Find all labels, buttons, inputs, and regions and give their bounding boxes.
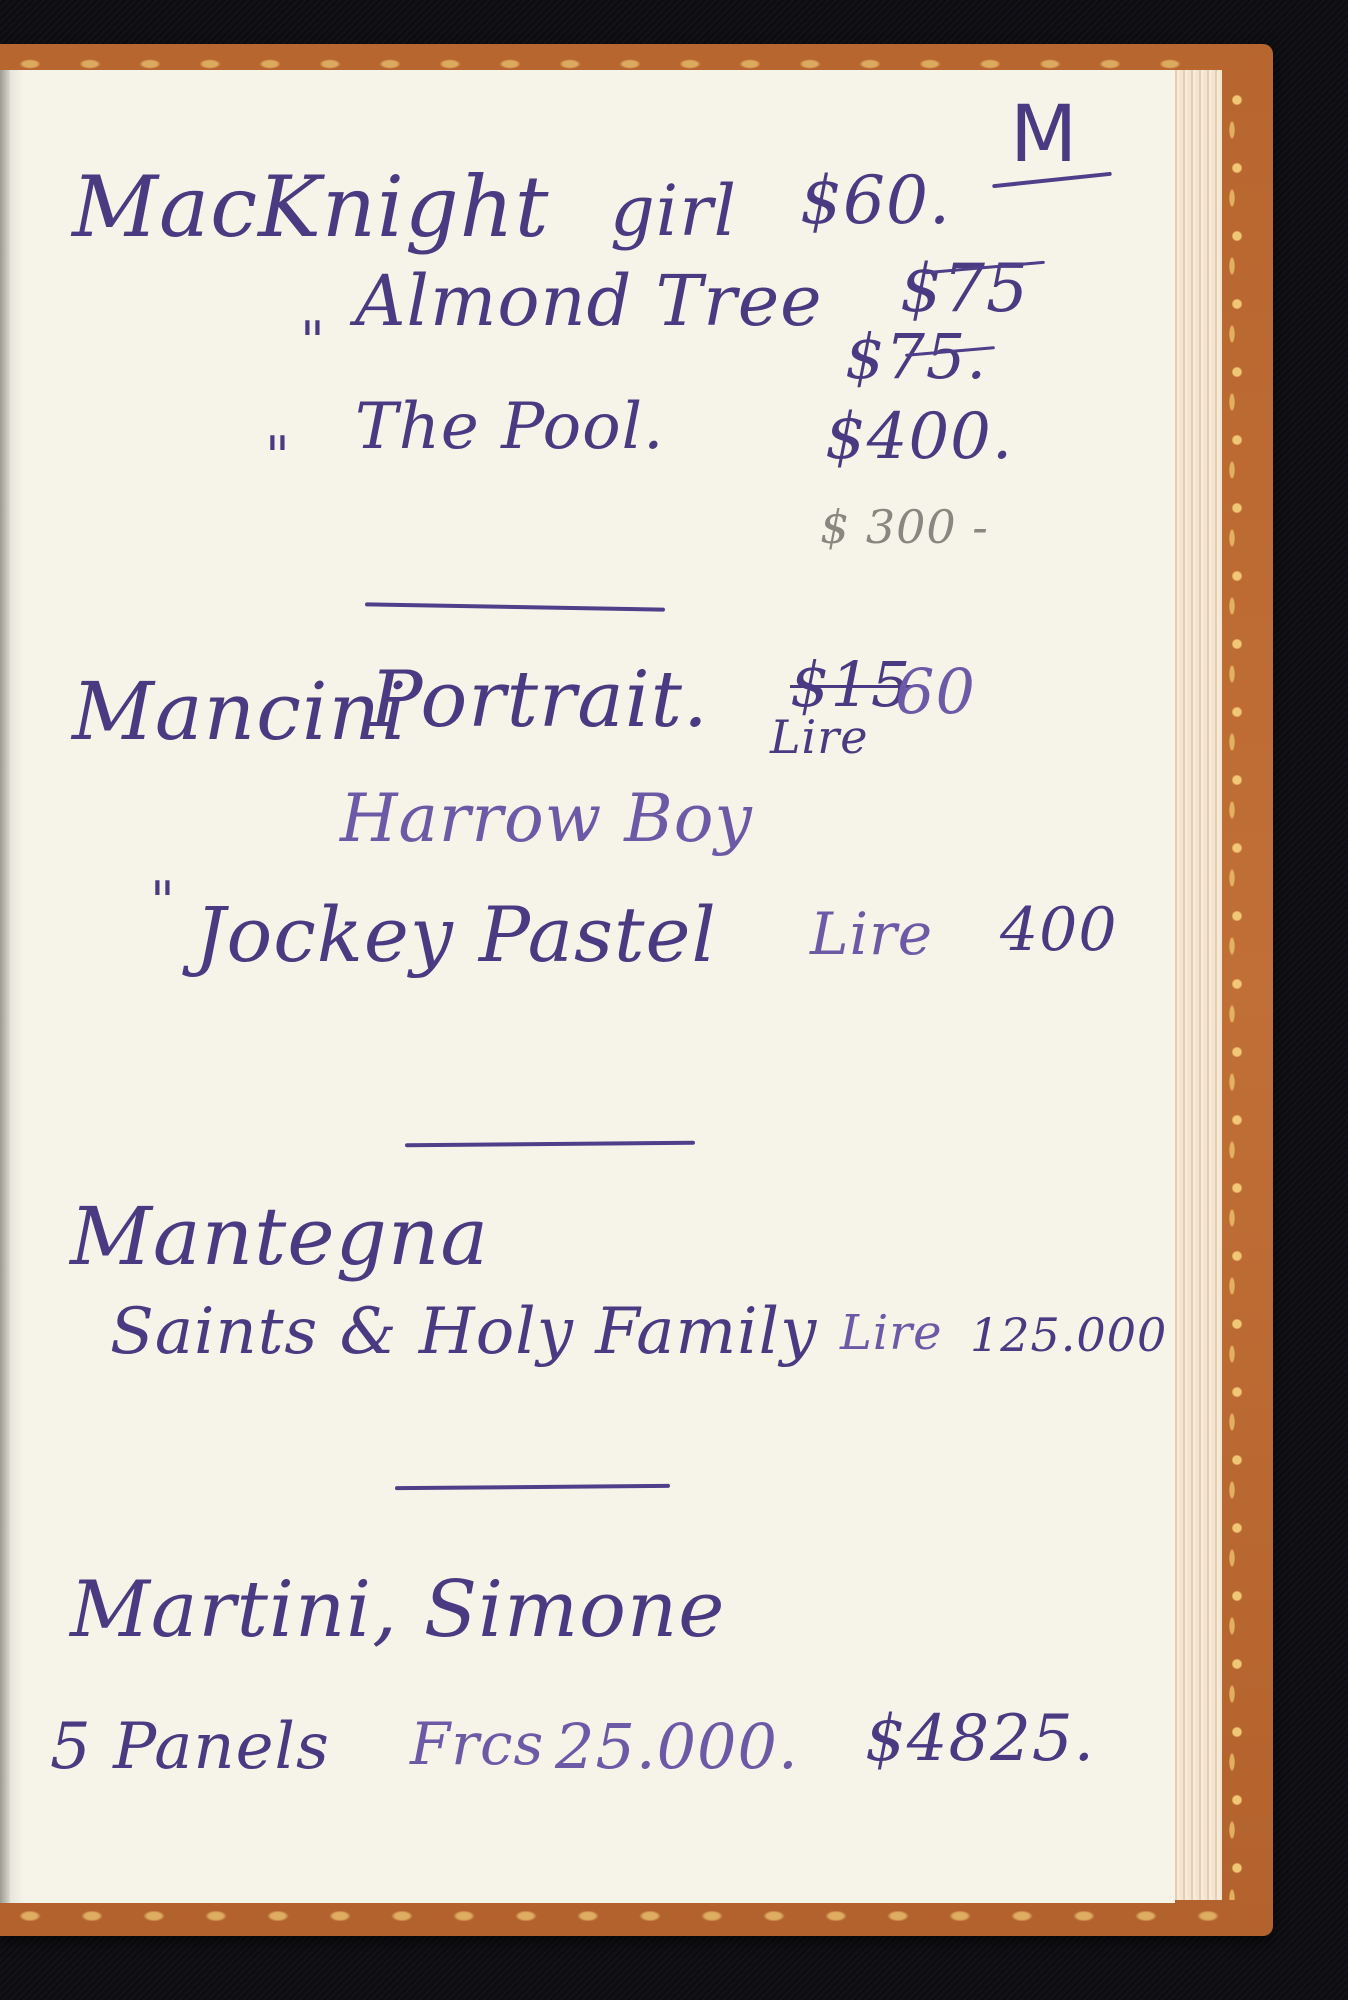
item-price-usd: $4825. (865, 1702, 1095, 1776)
item-currency: Lire (770, 710, 868, 764)
section-divider (405, 1141, 695, 1148)
spine-edge (0, 70, 10, 1903)
page-edges (1172, 70, 1222, 1900)
item-price: 25.000. (555, 1710, 799, 1783)
ditto-mark: " (265, 425, 291, 488)
notebook-page: M MacKnight girl $60. " Almond Tree $75 … (10, 70, 1175, 1903)
item-price: 60 (895, 655, 976, 728)
item-price: $75 (900, 250, 1029, 327)
item-price: 125.000 (970, 1308, 1167, 1362)
section-divider (395, 1484, 670, 1490)
item-title: Saints & Holy Family (110, 1295, 817, 1369)
artist-name: MacKnight (72, 158, 549, 256)
ditto-mark: " (300, 310, 326, 373)
item-title: The Pool. (355, 390, 664, 464)
item-title: Harrow Boy (340, 780, 753, 857)
section-divider (365, 602, 665, 611)
item-title: girl (610, 170, 737, 252)
gilt-border-right (1222, 80, 1252, 1900)
gilt-border-bottom (0, 1903, 1235, 1929)
item-currency: Lire (840, 1305, 943, 1361)
item-price: $75. (845, 320, 987, 393)
item-price: 400 (1000, 895, 1118, 965)
item-title: 5 Panels (50, 1710, 330, 1784)
pencil-annotation: $ 300 - (820, 500, 989, 554)
artist-name: Mantegna (70, 1190, 489, 1283)
item-price-alt: $400. (825, 400, 1013, 474)
item-currency: Lire (810, 900, 933, 968)
item-price: $60. (800, 162, 951, 239)
item-title: Almond Tree (355, 260, 823, 342)
item-title: Portrait. (370, 655, 709, 745)
artist-name: Martini, Simone (70, 1565, 725, 1655)
item-title: Jockey Pastel (195, 890, 717, 979)
page-marker: M (1010, 90, 1078, 180)
item-currency: Frcs (410, 1710, 544, 1778)
artist-name: Mancini (72, 665, 408, 758)
ditto-mark: " (150, 870, 176, 933)
